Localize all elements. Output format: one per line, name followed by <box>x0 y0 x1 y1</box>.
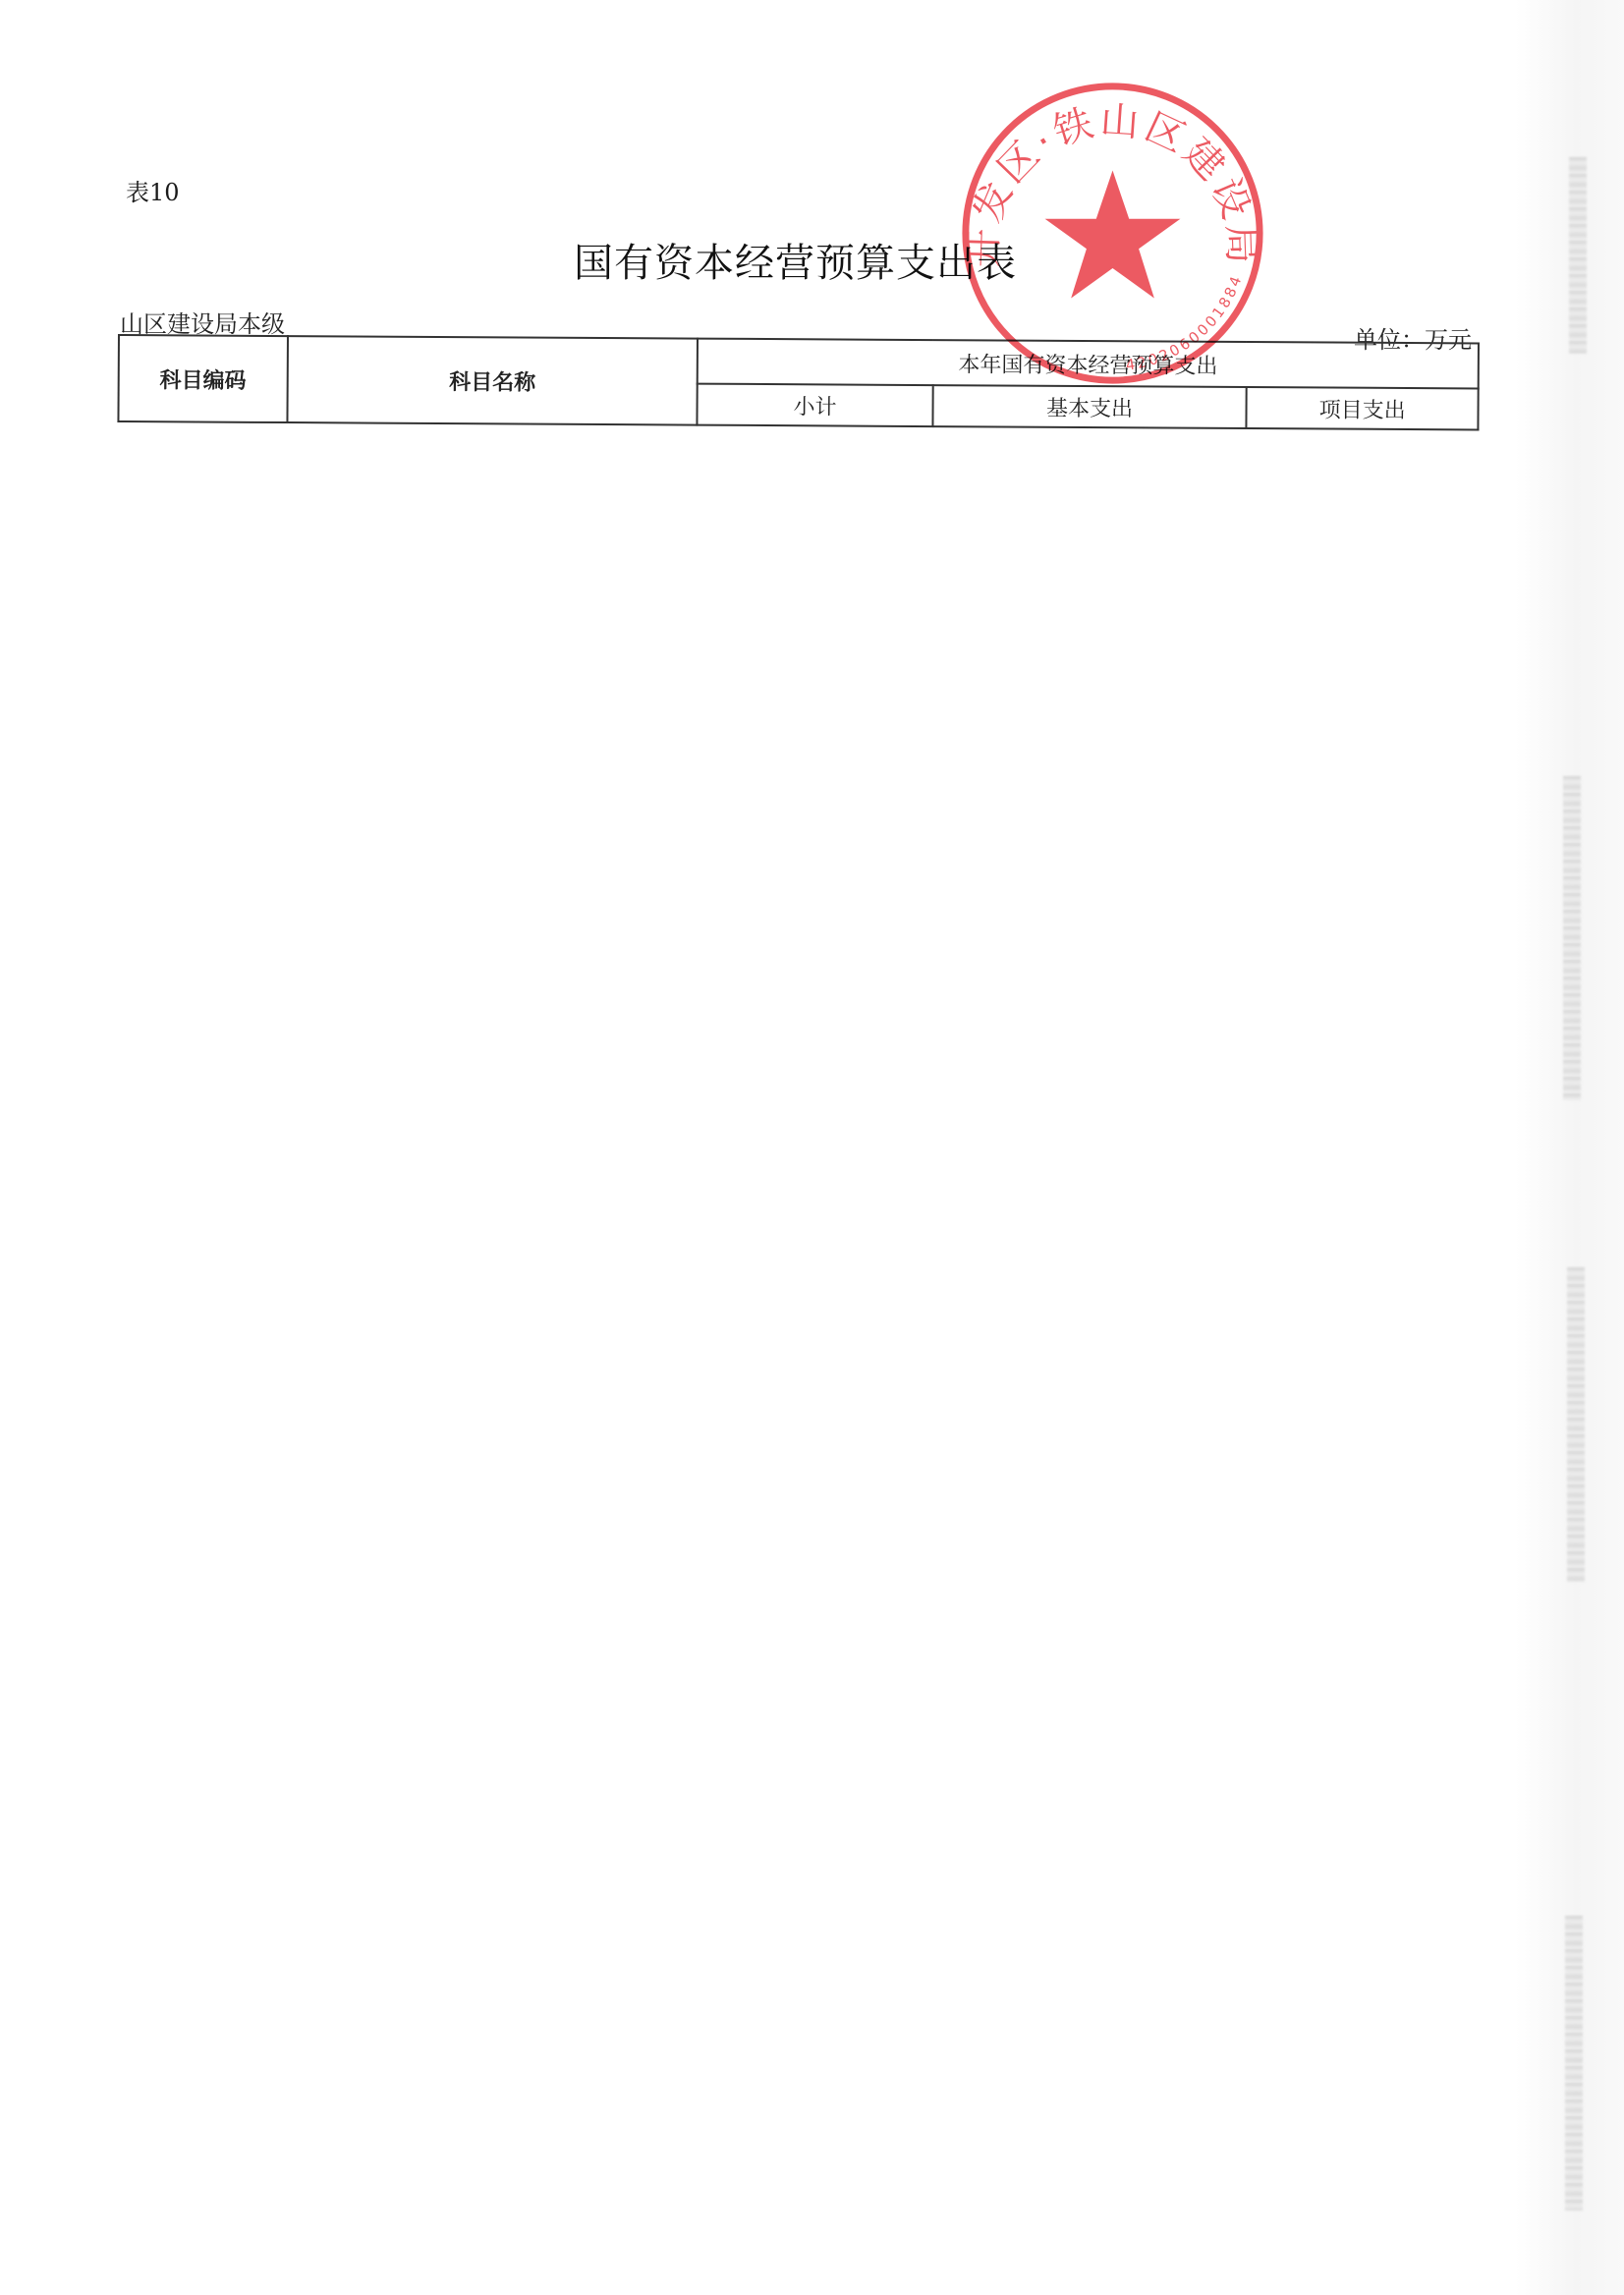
header-subject-code: 科目编码 <box>118 335 287 422</box>
header-project-expenditure: 项目支出 <box>1247 387 1479 429</box>
document-page: 表10 国有资本经营预算支出表 山区建设局本级 单位：万元 科目编码 科目名称 … <box>0 0 1624 2295</box>
scan-streak <box>1565 1916 1583 2211</box>
header-subject-name: 科目名称 <box>287 336 698 425</box>
table-number: 表10 <box>126 173 180 207</box>
scan-streak <box>1563 776 1581 1100</box>
budget-expenditure-table: 科目编码 科目名称 本年国有资本经营预算支出 小计 基本支出 项目支出 <box>117 334 1480 430</box>
header-current-year-expenditure: 本年国有资本经营预算支出 <box>698 339 1479 389</box>
star-icon <box>1045 171 1181 299</box>
scan-streak <box>1567 1267 1585 1582</box>
page-title: 国有资本经营预算支出表 <box>574 232 1017 288</box>
header-subtotal: 小计 <box>698 384 933 426</box>
scan-streak <box>1569 157 1587 354</box>
header-basic-expenditure: 基本支出 <box>932 385 1247 428</box>
